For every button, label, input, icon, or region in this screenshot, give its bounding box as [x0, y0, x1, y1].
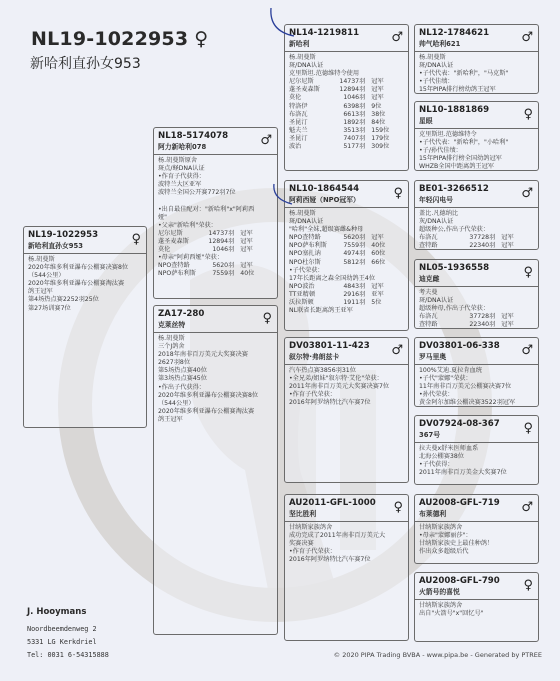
female-icon: ♀: [393, 501, 403, 514]
ring-number: ZA17-280: [158, 308, 273, 320]
result-race: 特洛伊: [289, 103, 339, 111]
female-icon: ♀: [131, 233, 141, 246]
sire-dam-card: NL10-1864544 阿莉西娅（NPO冠军） ♀ 杨.胡曼斯斑/DNA认证"…: [284, 180, 409, 331]
detail-line: 杨.胡曼斯原舍: [158, 157, 273, 165]
detail-line: 2016年阿罗纳特比汽车赛7位: [289, 556, 404, 564]
result-row: 蓬圣麦森斯12894羽冠军: [158, 238, 273, 246]
detail-line: [158, 197, 273, 205]
male-icon: ♂: [521, 187, 533, 200]
result-race: NPO萨布利斯: [158, 270, 208, 278]
ring-number: BE01-3266512: [419, 183, 534, 195]
pigeon-name: 罗马里奥: [419, 352, 534, 363]
detail-line: 2020年维多利亚瀑布公棚赛决赛8位: [28, 264, 142, 272]
detail-line: 甘纳斯家族鸽舍: [419, 602, 534, 610]
detail-line: 作出众多超级后代: [419, 548, 534, 556]
result-birds: 1046羽: [339, 94, 371, 102]
detail-line: 娅": [158, 214, 273, 222]
detail-line: 斑点/蛏DNA认证: [158, 165, 273, 173]
dam-dam-card: AU2011-GFL-1000 坚比胜利 ♀ 甘纳斯家族鸽舍成功完成了2011年…: [284, 494, 409, 641]
result-race: 沃拉斯顿: [289, 299, 339, 307]
pigeon-name: 叙尔特·弗朗兹卡: [289, 352, 404, 363]
card-details: 杨.胡曼斯三个J鸽舍2018年南非百万美元大奖赛决赛2627羽8位第5场热点赛4…: [154, 333, 277, 426]
result-birds: 2916羽: [339, 291, 371, 299]
card-details: 杨.胡曼斯斑/DNA认证•子代代表："新哈利"，"马克斯"•子代佳绩：15年PI…: [415, 52, 538, 94]
ring-number: DV03801-11-423: [289, 340, 404, 352]
result-race: 魁夫兰: [289, 127, 339, 135]
card-details: 杨.胡曼斯原舍斑点/蛏DNA认证•作育子代获得：波特兰大区亚军波特兰全国公开赛7…: [154, 155, 277, 280]
male-icon: ♂: [521, 501, 533, 514]
pigeon-name: 新哈利: [289, 39, 404, 50]
pigeon-name: 坚比胜利: [289, 509, 404, 520]
owner-phone: Tel: 0031 6-54315888: [27, 651, 109, 659]
pigeon-name: 星眼: [419, 116, 534, 127]
great-grandparent-card: AU2008-GFL-790 火箭号的喜悦 ♀ 甘纳斯家族鸽舍出自"火箭号"x"…: [414, 572, 539, 642]
result-birds: 1046羽: [208, 246, 240, 254]
detail-line: 第4场热点赛2252羽25位: [28, 296, 142, 304]
sire-sire-card: NL14-1219811 新哈利 ♂ 杨.胡曼斯斑/DNA认证克里斯坦.范德维特…: [284, 24, 409, 171]
result-placing: 84位: [371, 119, 404, 127]
detail-line: 斑/DNA认证: [419, 297, 534, 305]
card-details: 盖比.凡德纳比灰/DNA认证超级种公,作出子代荣获： 布洛瓦37728羽冠军查特…: [415, 208, 538, 250]
male-icon: ♂: [260, 134, 272, 147]
detail-line: 盖比.凡德纳比: [419, 210, 534, 218]
male-icon: ♂: [391, 31, 403, 44]
male-icon: ♂: [521, 31, 533, 44]
female-icon: ♀: [523, 579, 533, 592]
detail-line: 杨.胡曼斯: [289, 54, 404, 62]
ring-number: DV07924-08-367: [419, 418, 534, 430]
result-row: 莫伦1046羽冠军: [158, 246, 273, 254]
detail-line: 斑/DNA认证: [289, 218, 404, 226]
result-row: 查特路22340羽冠军: [419, 321, 534, 329]
female-icon: ♀: [262, 312, 272, 325]
result-placing: 冠军: [501, 242, 534, 250]
great-grandparent-card: AU2008-GFL-719 布莱德利 ♂ 甘纳斯家族鸽舍•母亲"蒙娜丽莎"：甘…: [414, 494, 539, 564]
detail-line: 杨.胡曼斯: [289, 210, 404, 218]
card-details: 杨.胡曼斯斑/DNA认证"哈利"全妹,超级赛雌&种母 NPO查特路5620羽冠军…: [285, 208, 408, 317]
result-birds: 6398羽: [339, 103, 371, 111]
detail-line: 三个J鸽舍: [158, 343, 273, 351]
result-birds: 6613羽: [339, 111, 371, 119]
ring-number: NL19-1022953: [28, 229, 142, 241]
offspring-heading: •子代荣获：: [289, 267, 404, 275]
result-placing: 冠军: [371, 283, 404, 291]
card-details: 汽车热点赛3856羽31位•全兄弟/姐妹"叙尔特·艾伦"荣获：2011年南非百万…: [285, 365, 408, 409]
pigeon-name: 帅气哈利621: [419, 39, 534, 50]
ring-number: AU2011-GFL-1000: [289, 497, 404, 509]
detail-line: 杨.胡曼斯: [158, 335, 273, 343]
result-placing: 179位: [371, 135, 404, 143]
result-row: 特洛伊6398羽9位: [289, 103, 404, 111]
result-placing: 冠军: [240, 230, 273, 238]
detail-line: 斑/DNA认证: [289, 62, 404, 70]
result-row: 圣昆汀1892羽84位: [289, 119, 404, 127]
pedigree-title: NL19-1022953♀: [31, 28, 208, 50]
result-row: 圣昆汀7407羽179位: [289, 135, 404, 143]
pedigree-subtitle: 新哈利直孙女953: [30, 53, 141, 73]
pigeon-name: 迪克雌: [419, 274, 534, 285]
result-row: NPO杜尔斯5812羽66位: [289, 259, 404, 267]
result-placing: 66位: [371, 259, 404, 267]
male-icon: ♂: [521, 344, 533, 357]
ring-number: NL12-1784621: [419, 27, 534, 39]
ring-number: AU2008-GFL-719: [419, 497, 534, 509]
ring-number: NL14-1219811: [289, 27, 404, 39]
detail-line: •父亲"新哈利"荣获：: [158, 222, 273, 230]
result-row: NPO波治4843羽冠军: [289, 283, 404, 291]
detail-line: 成功完成了2011年南非百万美元大: [289, 532, 404, 540]
male-icon: ♂: [391, 344, 403, 357]
card-details: 杨.胡曼斯斑/DNA认证克里斯坦.范德维特令使用 尼尔尼斯14737羽冠军蓬圣麦…: [285, 52, 408, 153]
card-details: 拉夫曼x舒米医师血系北海公棚赛38位•子代获得：2011年南非百万美金大奖赛7位: [415, 443, 538, 479]
owner-address-line2: 5331 LG Kerkdriel: [27, 638, 97, 646]
result-birds: 1892羽: [339, 119, 371, 127]
tail-line: NL联省长距离鸽王亚军: [289, 307, 404, 315]
result-placing: 159位: [371, 127, 404, 135]
result-race: 圣昆汀: [289, 119, 339, 127]
detail-line: 杨.胡曼斯: [419, 54, 534, 62]
detail-line: 拉夫曼x舒米医师血系: [419, 445, 534, 453]
detail-line: 北海公棚赛38位: [419, 453, 534, 461]
detail-line: 黄金阿尔加维公棚决赛3522羽冠军: [419, 399, 534, 407]
pigeon-name: 克莱丝特: [158, 320, 273, 331]
female-icon: ♀: [194, 28, 208, 50]
great-grandparent-card: BE01-3266512 年轻闪电号 ♂ 盖比.凡德纳比灰/DNA认证超级种公,…: [414, 180, 539, 250]
card-details: 甘纳斯家族鸽舍出自"火箭号"x"回忆号": [415, 600, 538, 620]
detail-line: 杨.胡曼斯: [28, 256, 142, 264]
result-row: TT亚精顿2916羽亚军: [289, 291, 404, 299]
card-details: 考夫曼斑/DNA认证超级种母,作出子代荣获： 布洛瓦37728羽冠军查特路223…: [415, 287, 538, 329]
result-birds: 5812羽: [339, 259, 371, 267]
pigeon-name: 火箭号的喜悦: [419, 587, 534, 598]
detail-line: 第27场训赛7位: [28, 305, 142, 313]
sire-card: NL18-5174078 阿力新哈利078 ♂ 杨.胡曼斯原舍斑点/蛏DNA认证…: [153, 127, 278, 299]
card-details: 100%艾迪.夏拉肯血统•子代"蒙娜"荣获：11年南非百万美元公棚赛决赛7位•孙…: [415, 365, 538, 407]
detail-line: 17年长距离之森全国幼鸽王4位: [289, 275, 404, 283]
detail-line: •子代"蒙娜"荣获：: [419, 375, 534, 383]
result-placing: 60位: [371, 250, 404, 258]
detail-line: WHZB全国中距离鸽王冠军: [419, 163, 534, 171]
result-placing: 40位: [240, 270, 273, 278]
detail-line: 鸽王冠军: [158, 416, 273, 424]
result-placing: 冠军: [240, 238, 273, 246]
detail-line: 甘纳斯家族鸽舍: [289, 524, 404, 532]
result-row: 沃拉斯顿1911羽5位: [289, 299, 404, 307]
detail-line: 汽车热点赛3856羽31位: [289, 367, 404, 375]
result-row: 波治5177羽309位: [289, 143, 404, 151]
result-row: 尼尔尼斯14737羽冠军: [158, 230, 273, 238]
result-race: TT亚精顿: [289, 291, 339, 299]
detail-line: 2016年阿罗纳特比汽车赛7位: [289, 399, 404, 407]
detail-line: 2020年维多利亚瀑布公棚赛淘汰赛: [158, 408, 273, 416]
detail-line: •子代代表："新哈利"，"小哈利": [419, 139, 534, 147]
pigeon-name: 新哈利直孙女953: [28, 241, 142, 252]
detail-line: 斑/DNA认证: [419, 62, 534, 70]
dam-card: ZA17-280 克莱丝特 ♀ 杨.胡曼斯三个J鸽舍2018年南非百万美元大奖赛…: [153, 305, 278, 635]
result-race: 查特路: [419, 242, 469, 250]
result-row: 莫伦1046羽冠军: [289, 94, 404, 102]
result-race: 莫伦: [289, 94, 339, 102]
ring-number: NL10-1881869: [419, 104, 534, 116]
female-icon: ♀: [523, 266, 533, 279]
result-row: 布洛瓦6613羽38位: [289, 111, 404, 119]
result-birds: 1911羽: [339, 299, 371, 307]
detail-line: •作出子代获得：: [158, 384, 273, 392]
result-birds: 7559羽: [208, 270, 240, 278]
dam-sire-card: DV03801-11-423 叙尔特·弗朗兹卡 ♂ 汽车热点赛3856羽31位•…: [284, 337, 409, 483]
title-ring-number: NL19-1022953: [31, 28, 188, 50]
detail-line: 克里斯坦.范德维特令: [419, 131, 534, 139]
result-placing: 冠军: [501, 321, 534, 329]
result-birds: 4843羽: [339, 283, 371, 291]
detail-line: 考夫曼: [419, 289, 534, 297]
owner-address-line1: Noordbeemdenweg 2: [27, 625, 97, 633]
detail-line: 100%艾迪.夏拉肯血统: [419, 367, 534, 375]
result-birds: 5177羽: [339, 143, 371, 151]
ring-number: NL05-1936558: [419, 262, 534, 274]
pigeon-name: 阿莉西娅（NPO冠军）: [289, 195, 404, 206]
result-birds: 12894羽: [208, 238, 240, 246]
result-race: 蓬圣麦森斯: [158, 238, 208, 246]
card-details: 甘纳斯家族鸽舍成功完成了2011年南非百万美元大奖赛决赛•作育子代荣获：2016…: [285, 522, 408, 566]
result-race: 圣昆汀: [289, 135, 339, 143]
result-race: NPO杜尔斯: [289, 259, 339, 267]
great-grandparent-card: NL12-1784621 帅气哈利621 ♂ 杨.胡曼斯斑/DNA认证•子代代表…: [414, 24, 539, 94]
result-placing: 亚军: [371, 291, 404, 299]
result-row: NPO萨布利斯7559羽40位: [158, 270, 273, 278]
result-birds: 14737羽: [208, 230, 240, 238]
great-grandparent-card: NL05-1936558 迪克雌 ♀ 考夫曼斑/DNA认证超级种母,作出子代荣获…: [414, 259, 539, 329]
result-birds: 7407羽: [339, 135, 371, 143]
ring-number: NL10-1864544: [289, 183, 404, 195]
mother-heading: •母亲"阿莉西娅"荣获：: [158, 254, 273, 262]
copyright-notice: © 2020 PIPA Trading BVBA - www.pipa.be -…: [334, 651, 542, 659]
card-details: 克里斯坦.范德维特令•子代代表："新哈利"，"小哈利"•子/孙代佳绩：15年PI…: [415, 129, 538, 171]
result-birds: 3513羽: [339, 127, 371, 135]
great-grandparent-card: DV07924-08-367 367号 ♀ 拉夫曼x舒米医师血系北海公棚赛38位…: [414, 415, 539, 485]
detail-line: •全兄弟/姐妹"叙尔特·艾伦"荣获：: [289, 375, 404, 383]
detail-line: •母亲"蒙娜丽莎"：: [419, 532, 534, 540]
result-race: NPO波治: [289, 283, 339, 291]
detail-line: 波特兰全国公开赛772羽7位: [158, 189, 273, 197]
pigeon-name: 布莱德利: [419, 509, 534, 520]
result-birds: 22340羽: [469, 242, 501, 250]
detail-line: •出自最佳配对："新哈利"x"阿莉西: [158, 206, 273, 214]
result-placing: 冠军: [371, 94, 404, 102]
result-placing: 5位: [371, 299, 404, 307]
result-birds: 4974羽: [339, 250, 371, 258]
female-icon: ♀: [523, 108, 533, 121]
ring-number: NL18-5174078: [158, 130, 273, 142]
detail-line: 2020年维多利亚瀑布公棚赛决赛8位: [158, 392, 273, 400]
female-icon: ♀: [523, 422, 533, 435]
result-row: 查特路22340羽冠军: [419, 242, 534, 250]
pigeon-name: 367号: [419, 430, 534, 441]
result-birds: 22340羽: [469, 321, 501, 329]
result-race: 莫伦: [158, 246, 208, 254]
result-placing: 冠军: [240, 246, 273, 254]
result-race: 查特路: [419, 321, 469, 329]
result-placing: 38位: [371, 111, 404, 119]
detail-line: 灰/DNA认证: [419, 218, 534, 226]
female-icon: ♀: [393, 187, 403, 200]
detail-line: 2011年南非百万美金大奖赛7位: [419, 469, 534, 477]
detail-line: 甘纳斯家族鸽舍: [419, 524, 534, 532]
great-grandparent-card: DV03801-06-338 罗马里奥 ♂ 100%艾迪.夏拉肯血统•子代"蒙娜…: [414, 337, 539, 407]
result-row: 魁夫兰3513羽159位: [289, 127, 404, 135]
owner-name: J. Hooymans: [27, 607, 86, 617]
result-race: 波治: [289, 143, 339, 151]
pigeon-name: 阿力新哈利078: [158, 142, 273, 153]
result-placing: 309位: [371, 143, 404, 151]
result-placing: 9位: [371, 103, 404, 111]
card-details: 甘纳斯家族鸽舍•母亲"蒙娜丽莎"：甘纳斯家族史上最佳种鸽！作出众多超级后代: [415, 522, 538, 558]
detail-line: 第3场热点赛45位: [158, 375, 273, 383]
detail-line: 15年PIPA排行榜幼鸽王冠军: [419, 86, 534, 94]
result-race: 尼尔尼斯: [158, 230, 208, 238]
pigeon-name: 年轻闪电号: [419, 195, 534, 206]
result-race: NPO塞扎讷: [289, 250, 339, 258]
ring-number: DV03801-06-338: [419, 340, 534, 352]
result-row: NPO塞扎讷4974羽60位: [289, 250, 404, 258]
card-details: 杨.胡曼斯2020年维多利亚瀑布公棚赛决赛8位（544公里）2020年维多利亚瀑…: [24, 254, 146, 315]
result-race: 布洛瓦: [289, 111, 339, 119]
detail-line: 出自"火箭号"x"回忆号": [419, 610, 534, 618]
ring-number: AU2008-GFL-790: [419, 575, 534, 587]
detail-line: （544公里）: [158, 400, 273, 408]
great-grandparent-card: NL10-1881869 星眼 ♀ 克里斯坦.范德维特令•子代代表："新哈利"，…: [414, 101, 539, 171]
subject-card: NL19-1022953 新哈利直孙女953 ♀ 杨.胡曼斯2020年维多利亚瀑…: [23, 226, 147, 428]
